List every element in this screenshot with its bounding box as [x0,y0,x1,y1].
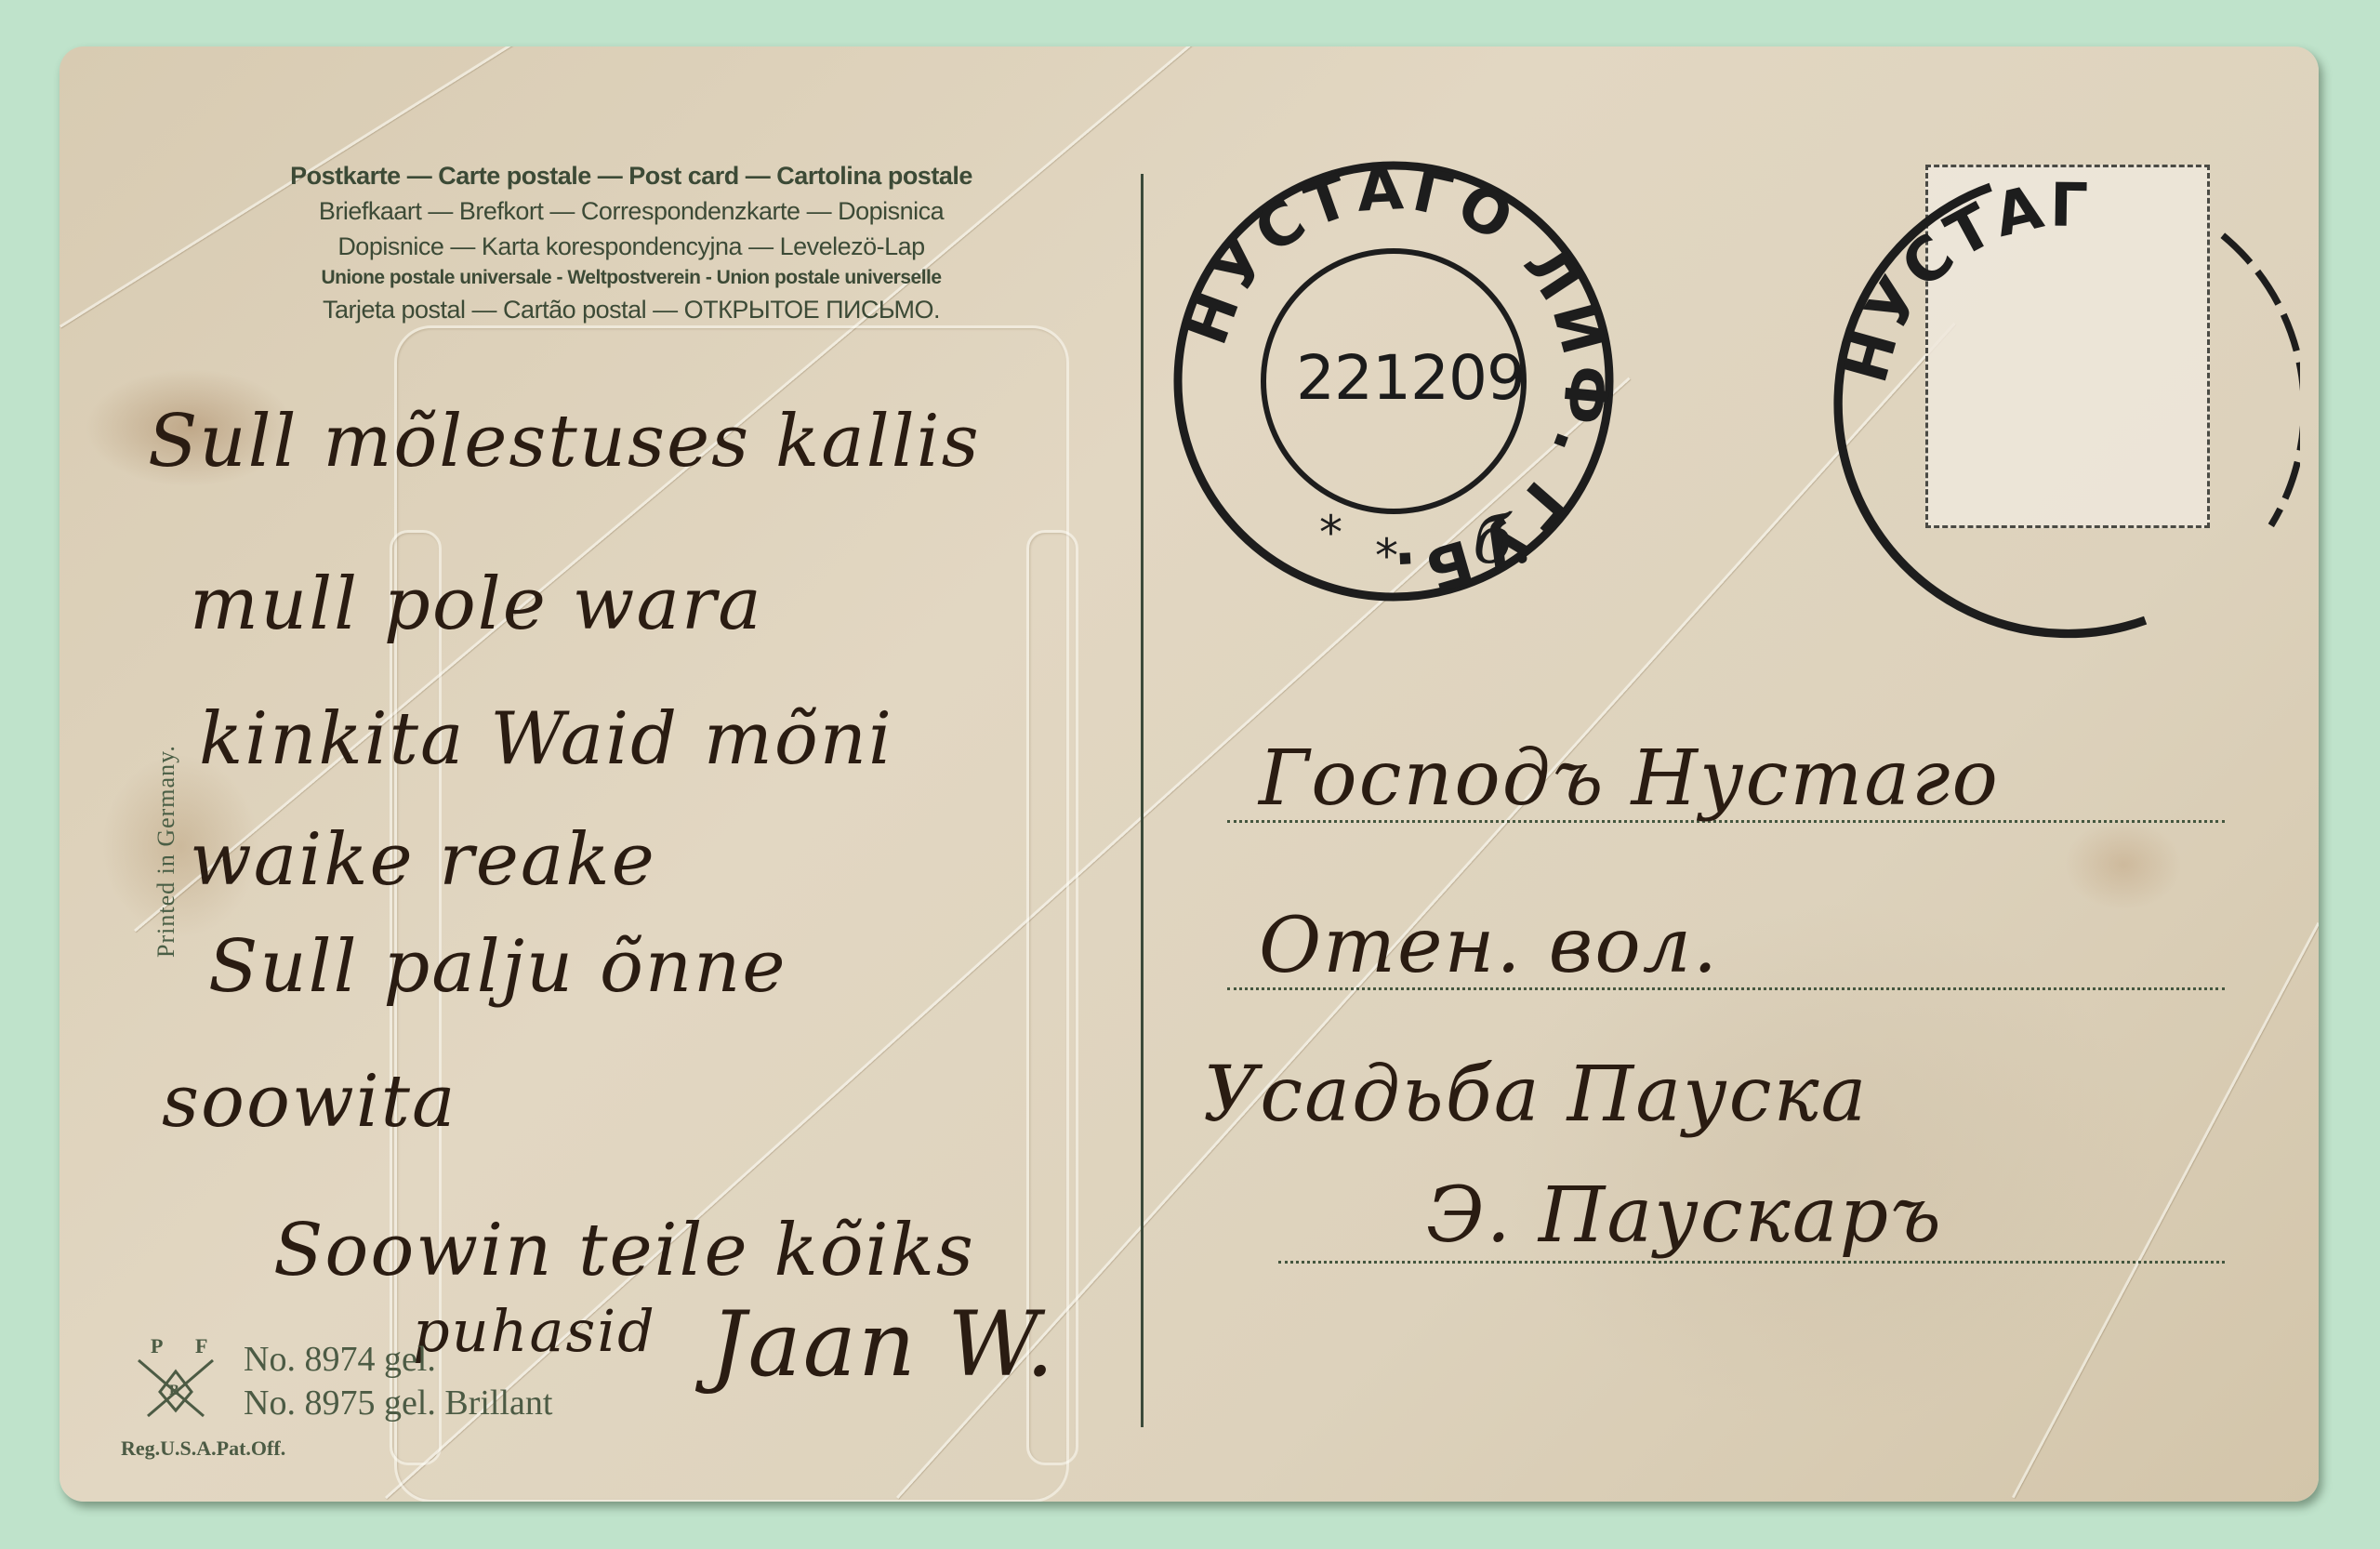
signature: Jaan W. [710,1292,1056,1397]
logo-letter-f: F [195,1334,207,1358]
address-district: Отен. вол. [1259,902,1719,990]
logo-letter-b: B [169,1383,179,1399]
message-line: puhasid [413,1297,656,1365]
header-line: Postkarte — Carte postale — Post card — … [199,158,1064,193]
header-line: Dopisnice — Karta korespondencyjna — Lev… [199,229,1064,264]
message-line: Sull palju õnne [208,925,787,1009]
message-line: Soowin teile kõiks [273,1209,975,1292]
address-estate: Усадьба Пауска [1203,1051,1868,1139]
header-line: Unione postale universale - Weltpostvere… [199,264,1064,292]
message-line: Sull mõlestuses kallis [148,400,981,483]
postmark-date: 221209 [1296,342,1525,414]
postcard-back: Postkarte — Carte postale — Post card — … [59,46,2319,1502]
message-line: waike reake [190,818,656,902]
svg-text:НУСТАГ: НУСТАГ [1831,171,2092,391]
divider-line [1141,174,1144,1427]
postmark-letter: б. [1473,502,1533,578]
logo-letter-p: P [151,1334,163,1358]
postmark-circle-partial: НУСТАГ [1817,158,2300,642]
header-line: Tarjeta postal — Cartão postal — ОТКРЫТО… [199,292,1064,327]
message-line: soowita [162,1060,457,1144]
printed-in-germany: Printed in Germany. [152,745,180,958]
registration-mark: Reg.U.S.A.Pat.Off. [121,1436,285,1461]
message-line: kinkita Waid mõni [199,697,893,781]
ornament-1: * [1319,506,1342,560]
ornament-2: * [1375,529,1398,583]
publisher-number-2: No. 8975 gel. Brillant [244,1383,552,1423]
address-recipient: Господъ Нустаго [1259,735,2000,823]
postcard-header: Postkarte — Carte postale — Post card — … [199,158,1064,327]
postmark-2-ring-text: НУСТАГ [1831,171,2092,391]
address-line-3 [1278,1261,2225,1264]
crease [2012,922,2319,1498]
header-line: Briefkaart — Brefkort — Correspondenzkar… [199,193,1064,229]
message-line: mull pole wara [190,563,763,646]
address-name: Э. Паускаръ [1426,1172,1943,1260]
publisher-number-1: No. 8974 gel. [244,1339,436,1380]
